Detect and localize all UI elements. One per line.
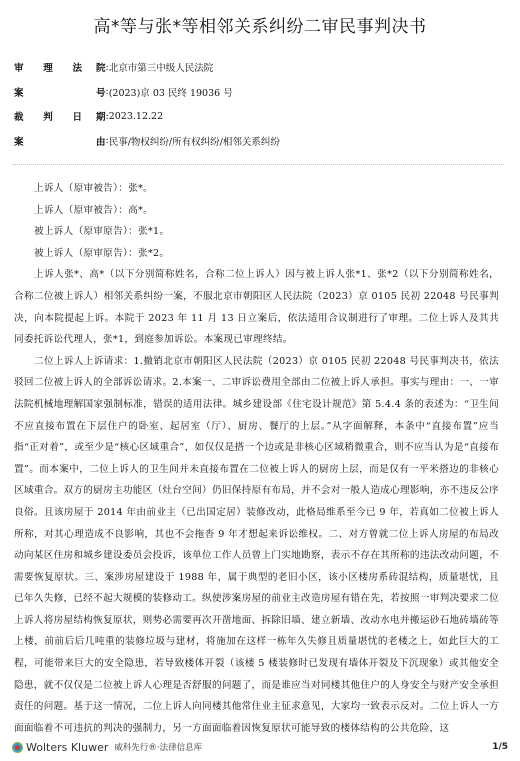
label-char: 判: [43, 109, 53, 123]
wolters-kluwer-globe-icon: [12, 742, 23, 753]
court-value: 北京市第三中级人民法院: [109, 60, 214, 74]
party-appellee-2: 被上诉人（原审原告）：张*2。: [14, 243, 499, 265]
label-last-char: 院: [96, 60, 106, 74]
brand: Wolters Kluwer 威科先行®·法律信息库: [12, 741, 202, 754]
section-divider: [12, 164, 504, 165]
meta-row-date: 裁 判 日 期: 2023.12.22: [14, 104, 514, 129]
cause-of-action-value: 民事/物权纠纷/所有权纠纷/相邻关系纠纷: [109, 134, 280, 148]
label-char: 日: [72, 109, 82, 123]
brand-name-en: Wolters Kluwer: [26, 741, 108, 754]
meta-label: 裁 判 日: [14, 109, 96, 123]
party-appellant-2: 上诉人（原审被告）：高*。: [14, 200, 499, 222]
case-number-value: (2023)京 03 民终 19036 号: [109, 85, 233, 99]
label-char: 案: [14, 85, 24, 99]
party-appellant-1: 上诉人（原审被告）：张*。: [14, 178, 499, 200]
meta-label: 案: [14, 85, 96, 99]
meta-label: 审 理 法: [14, 60, 96, 74]
label-last-char: 期: [96, 109, 106, 123]
paragraph-case-intro: 上诉人张*、高*（以下分别简称姓名，合称二位上诉人）因与被上诉人张*1、张*2（…: [14, 264, 499, 350]
judgment-date-value: 2023.12.22: [109, 111, 163, 122]
meta-row-cause: 案 由: 民事/物权纠纷/所有权纠纷/相邻关系纠纷: [14, 129, 514, 154]
paragraph-appeal-claims: 二位上诉人上诉请求：1.撤销北京市朝阳区人民法院（2023）京 0105 民初 …: [14, 351, 499, 740]
page-number: 1/5: [492, 742, 508, 752]
case-metadata: 审 理 法 院: 北京市第三中级人民法院 案 号: (2023)京 03 民终 …: [14, 55, 514, 153]
label-char: 案: [14, 134, 24, 148]
page-footer: Wolters Kluwer 威科先行®·法律信息库 1/5: [12, 738, 508, 756]
label-last-char: 号: [96, 85, 106, 99]
label-last-char: 由: [96, 134, 106, 148]
meta-label: 案: [14, 134, 96, 148]
meta-row-case-number: 案 号: (2023)京 03 民终 19036 号: [14, 80, 514, 105]
brand-name-cn: 威科先行®·法律信息库: [114, 741, 202, 753]
document-title: 高*等与张*等相邻关系纠纷二审民事判决书: [0, 12, 520, 37]
label-char: 审: [14, 60, 24, 74]
party-appellee-1: 被上诉人（原审原告）：张*1。: [14, 221, 499, 243]
judgment-body: 上诉人（原审被告）：张*。 上诉人（原审被告）：高*。 被上诉人（原审原告）：张…: [14, 178, 499, 739]
label-char: 法: [72, 60, 82, 74]
label-char: 裁: [14, 109, 24, 123]
meta-row-court: 审 理 法 院: 北京市第三中级人民法院: [14, 55, 514, 80]
label-char: 理: [43, 60, 53, 74]
